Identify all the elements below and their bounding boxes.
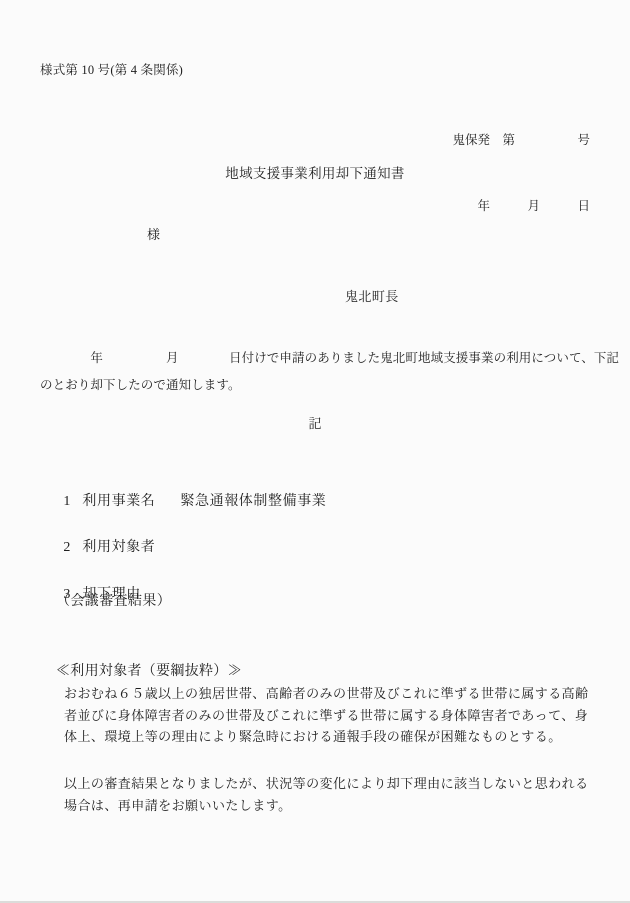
body-line: 年 月 日付けで申請のありました鬼北町地域支援事業の利用について、下記 (40, 345, 592, 372)
form-number: 様式第 10 号(第 4 条関係) (40, 60, 183, 78)
extract-paragraph: おおむね６５歳以上の独居世帯、高齢者のみの世帯及びこれに準ずる世帯に属する高齢 … (64, 683, 596, 748)
item-row-business-name: 1利用事業名緊急通報体制整備事業 (47, 474, 326, 526)
extract-line: 者並びに身体障害者のみの世帯及びこれに準ずる世帯に属する身体障害者であって、身 (64, 705, 596, 727)
record-marker: 記 (0, 413, 630, 432)
extract-heading: ≪利用対象者（要綱抜粋）≫ (56, 660, 242, 680)
item-label: 利用対象者 (82, 540, 155, 555)
item-number: 1 (63, 494, 82, 510)
item-value: 緊急通報体制整備事業 (180, 494, 326, 509)
sender-name: 鬼北町長 (345, 286, 399, 305)
body-paragraph: 年 月 日付けで申請のありました鬼北町地域支援事業の利用について、下記 のとおり… (40, 345, 592, 399)
body-line: のとおり却下したので通知します。 (40, 372, 592, 399)
item-row-target-users: 2利用対象者 (47, 520, 180, 572)
item-number: 2 (63, 540, 82, 556)
extract-line: おおむね６５歳以上の独居世帯、高齢者のみの世帯及びこれに準ずる世帯に属する高齢 (64, 683, 596, 705)
page-title: 地域支援事業利用却下通知書 (0, 162, 630, 182)
closing-line: 以上の審査結果となりましたが、状況等の変化により却下理由に該当しないと思われる (64, 773, 596, 795)
item-label: 利用事業名 (82, 494, 155, 509)
closing-line: 場合は、再申請をお願いいたします。 (64, 795, 596, 817)
rejection-reason-note: （会議審査結果） (56, 590, 171, 610)
extract-line: 体上、環境上等の理由により緊急時における通報手段の確保が困難なものとする。 (64, 726, 596, 748)
addressee-honorific: 様 (147, 224, 160, 243)
document-page: 様式第 10 号(第 4 条関係) 鬼保発 第 号 年 月 日 地域支援事業利用… (0, 0, 630, 903)
closing-paragraph: 以上の審査結果となりましたが、状況等の変化により却下理由に該当しないと思われる … (64, 773, 596, 816)
doc-date-line: 年 月 日 (452, 195, 590, 217)
doc-number-line: 鬼保発 第 号 (452, 129, 590, 151)
